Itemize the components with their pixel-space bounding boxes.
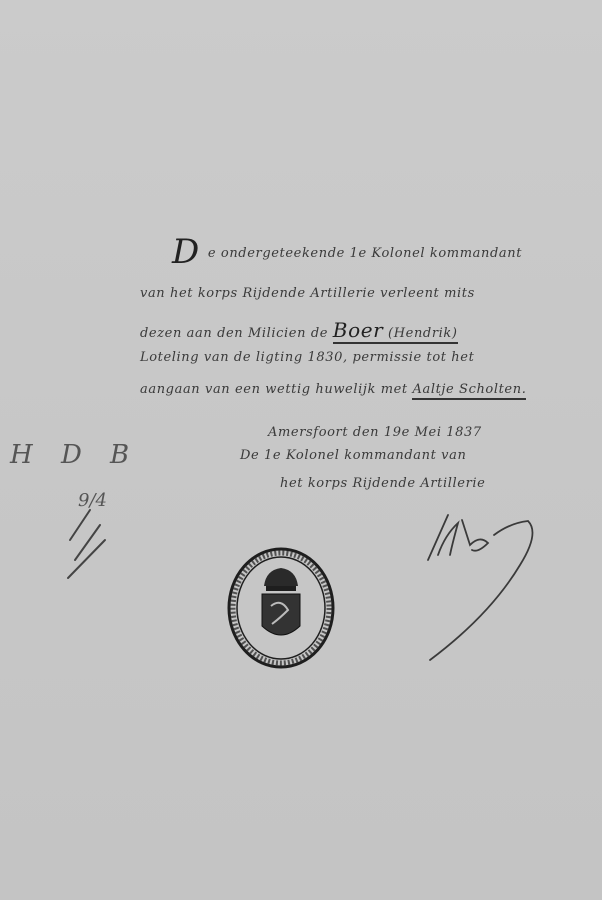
conscript-name: Boer (Hendrik) (333, 326, 458, 344)
official-seal-stamp (226, 546, 336, 670)
body-line-3: dezen aan den Milicien de Boer (Hendrik) (140, 318, 458, 342)
signature-title-line-2: het korps Rijdende Artillerie (280, 476, 485, 491)
body-line-3-text: dezen aan den Milicien (140, 326, 306, 341)
margin-pen-stroke (60, 500, 140, 580)
signature-mark (410, 505, 540, 665)
bride-name: Aaltje Scholten. (412, 382, 526, 400)
decorative-initial: D (172, 232, 200, 272)
document-page: De ondergeteekende 1e Kolonel kommandant… (0, 0, 602, 900)
body-line-1: De ondergeteekende 1e Kolonel kommandant (172, 232, 522, 272)
body-line-4: Loteling van de ligting 1830, permissie … (140, 350, 474, 365)
body-line-5: aangaan van een wettig huwelijk met Aalt… (140, 382, 526, 397)
surname-prefix: de (311, 326, 328, 341)
margin-initials: H D B (10, 440, 139, 470)
conscript-surname: Boer (333, 318, 384, 342)
body-line-2: van het korps Rijdende Artillerie verlee… (140, 286, 475, 301)
body-line-1-text: e ondergeteekende 1e Kolonel kommandant (208, 246, 522, 261)
place-date: Amersfoort den 19e Mei 1837 (268, 425, 482, 440)
body-line-5-text: aangaan van een wettig huwelijk met (140, 382, 408, 397)
signature-title-line-1: De 1e Kolonel kommandant van (240, 448, 466, 463)
conscript-given-name: (Hendrik) (388, 326, 458, 341)
